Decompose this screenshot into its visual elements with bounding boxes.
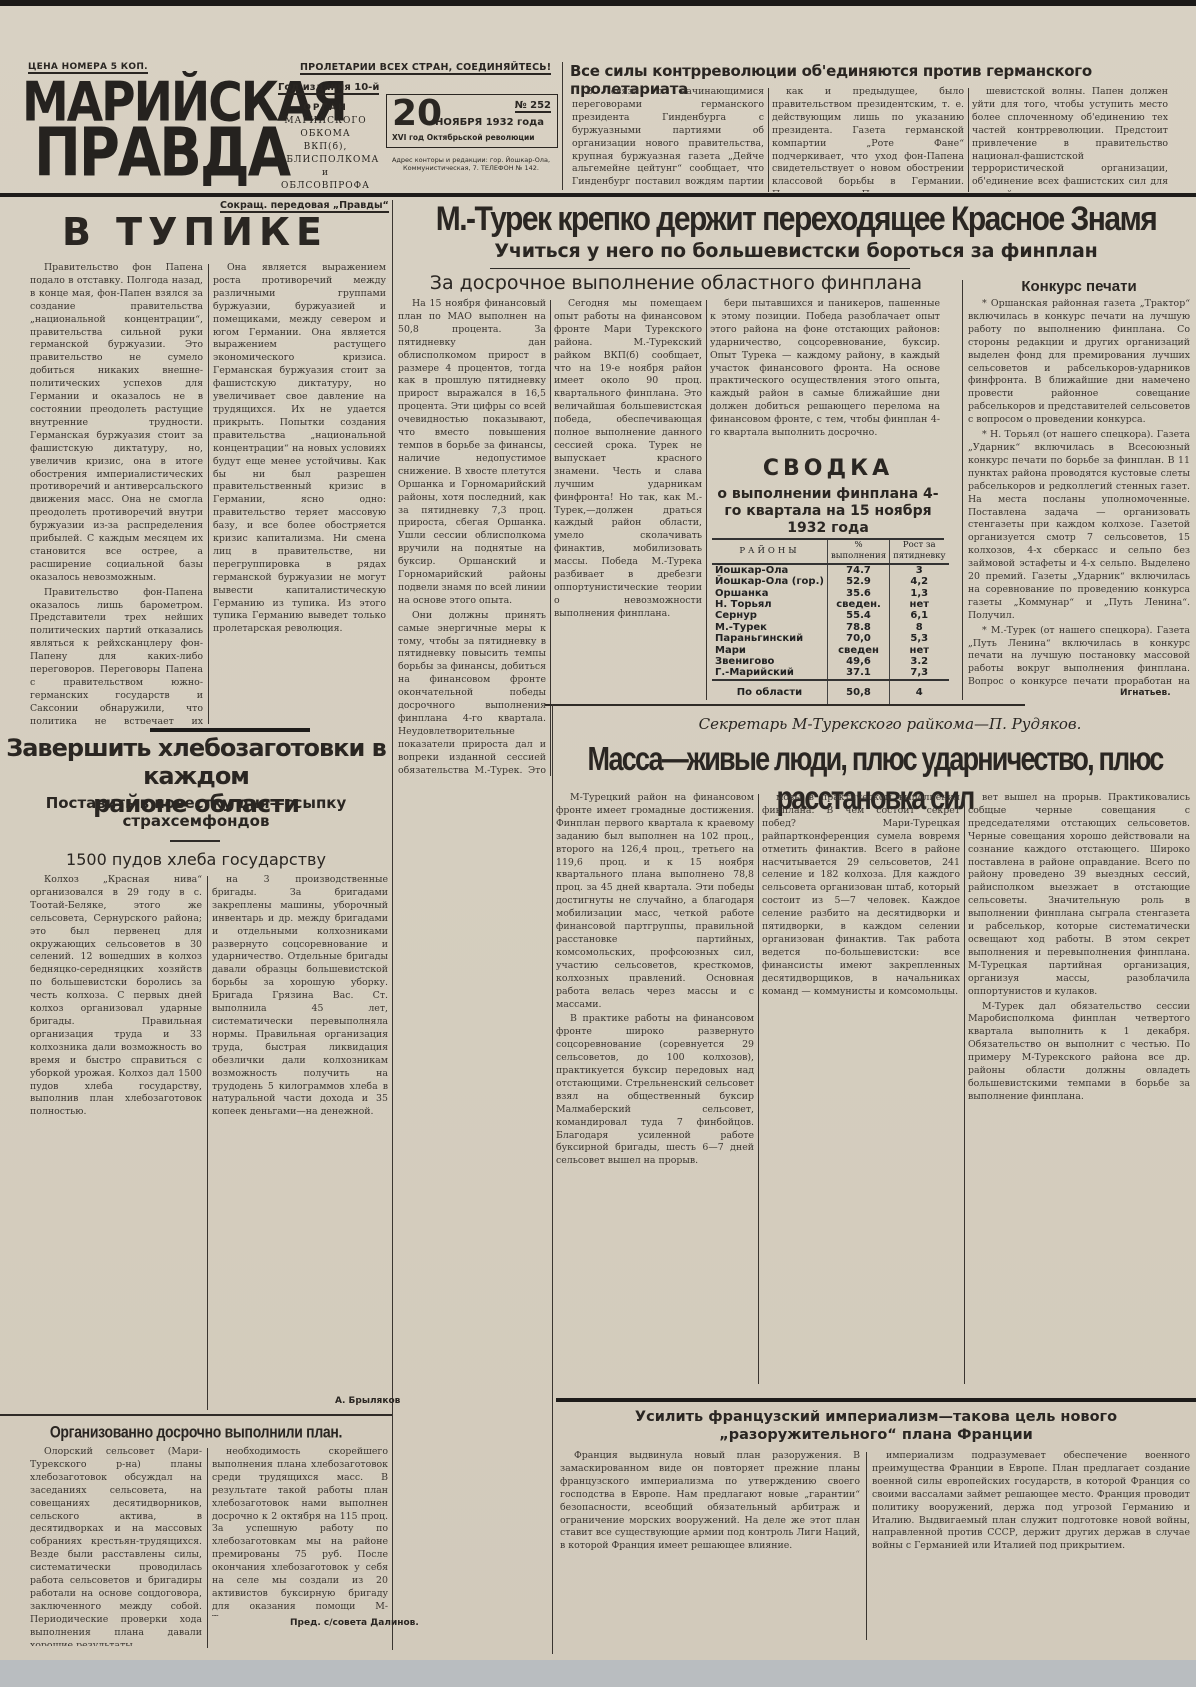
grain-col-2: на 3 производственные бригады. За бригад… (212, 874, 388, 1380)
editorial-col-2: Она является выражением роста противореч… (213, 262, 386, 724)
table-row: М.-Турек78.88 (712, 622, 949, 633)
editorial-address: Адрес конторы и редакции: гор. Йошкар-Ол… (386, 156, 556, 172)
col-header-percent: % выполнения (827, 540, 889, 564)
finplan-col-1: На 15 ноября финансовый план по МАО выпо… (398, 298, 546, 776)
editorial-col-1: Правительство фон Папена подало в отстав… (30, 262, 203, 724)
finplan-headline: За досрочное выполнение областного финпл… (396, 272, 956, 294)
proletarian-motto: ПРОЛЕТАРИИ ВСЕХ СТРАН, СОЕДИНЯЙТЕСЬ! (300, 62, 551, 75)
table-row: Параньгинский70,05,3 (712, 633, 949, 644)
grain-signature: А. Брыляков (335, 1396, 400, 1406)
secretary-signature: Секретарь М-Турекского райкома—П. Рудяко… (590, 715, 1190, 733)
organized-col-1: Олорский сельсовет (Мари-Турекского р-на… (30, 1446, 202, 1646)
konkurs-headline: Конкурс печати (966, 278, 1192, 295)
top-article-col-1: В связи с начинающимися переговорами гер… (572, 86, 764, 192)
grain-subheadline: Поставить в повестку дня—ссыпку страхсем… (0, 794, 392, 830)
top-article-col-2: как и предыдущее, было правительством пр… (772, 86, 964, 192)
revolution-year: XVI год Октябрьской революции (392, 133, 534, 142)
table-row: Г.-Марийский37.17,3 (712, 667, 949, 679)
grain-article-headline: 1500 пудов хлеба государству (0, 850, 392, 869)
organized-headline: Организованно досрочно выполнили план. (0, 1422, 392, 1441)
date-month-year: НОЯБРЯ 1932 года (435, 117, 544, 128)
finplan-col-2: Сегодня мы помещаем опыт работы на финан… (554, 298, 702, 700)
svodka-table-wrapper: РАЙОНЫ % выполнения Рост за пятидневку Й… (712, 538, 944, 704)
issue-number: № 252 (515, 100, 551, 113)
year-of-issue: Год издания 10-й (278, 82, 379, 95)
top-article-col-3: шевистской волны. Папен должен уйти для … (972, 86, 1168, 192)
france-headline: Усилить французский империализм—такова ц… (556, 1408, 1196, 1444)
newspaper-title-line2: ПРАВДА (34, 124, 289, 184)
banner-headline: М.-Турек крепко держит переходящее Красн… (396, 200, 1196, 239)
table-row: Марисведеннет (712, 645, 949, 656)
organ-text: МАРИЙСКОГО ОБКОМА ВКП(б), ОБЛИСПОЛКОМА и… (278, 115, 373, 193)
massa-col-3: вет вышел на прорыв. Практиковались собщ… (968, 792, 1190, 1382)
grain-col-1: Колхоз „Красная нива“ организовался в 29… (30, 874, 202, 1410)
col-header-districts: РАЙОНЫ (712, 540, 827, 564)
col-header-growth: Рост за пятидневку (890, 540, 949, 564)
svodka-subtitle: о выполнении финплана 4-го квартала на 1… (712, 486, 944, 537)
editorial-headline: В ТУПИКЕ (0, 210, 390, 254)
banner-subheadline: Учиться у него по большевистски бороться… (396, 240, 1196, 262)
organized-col-2: необходимость скорейшего выполнения план… (212, 1446, 388, 1616)
massa-col-2: мовы в практическом выполнении финплана.… (762, 792, 960, 1382)
table-row: Оршанка35.61,3 (712, 588, 949, 599)
svodka-title: СВОДКА (710, 456, 946, 481)
table-row: Йошкар-Ола74.73 (712, 564, 949, 576)
scan-bottom-edge (0, 1660, 1196, 1687)
table-row: Сернур55.46,1 (712, 610, 949, 621)
france-col-2: империализм подразумевает обеспечение во… (872, 1450, 1190, 1640)
organized-signature: Пред. с/совета Далинов. (290, 1618, 419, 1628)
konkurs-signature: Игнатьев. (1120, 688, 1171, 698)
konkurs-body: * Оршанская районная газета „Трактор“ вк… (968, 298, 1190, 686)
scan-top-edge (0, 0, 1196, 6)
table-total-row: По области50,84 (712, 680, 949, 704)
table-row: Звенигово49,63.2 (712, 656, 949, 667)
finplan-col-3: бери пытавшихся и паникеров, пашенные к … (710, 298, 940, 452)
table-row: Н. Торьялсведен.нет (712, 599, 949, 610)
massa-col-1: М-Турецкий район на финансовом фронте им… (556, 792, 754, 1382)
date-box: 20 № 252 НОЯБРЯ 1932 года XVI год Октябр… (386, 94, 558, 148)
table-row: Йошкар-Ола (гор.)52.94,2 (712, 576, 949, 587)
organ-block: ОРГАН МАРИЙСКОГО ОБКОМА ВКП(б), ОБЛИСПОЛ… (278, 102, 373, 193)
svodka-table: РАЙОНЫ % выполнения Рост за пятидневку Й… (712, 540, 949, 704)
france-col-1: Франция выдвинула новый план разоружения… (560, 1450, 860, 1640)
organ-label: ОРГАН (278, 102, 373, 115)
